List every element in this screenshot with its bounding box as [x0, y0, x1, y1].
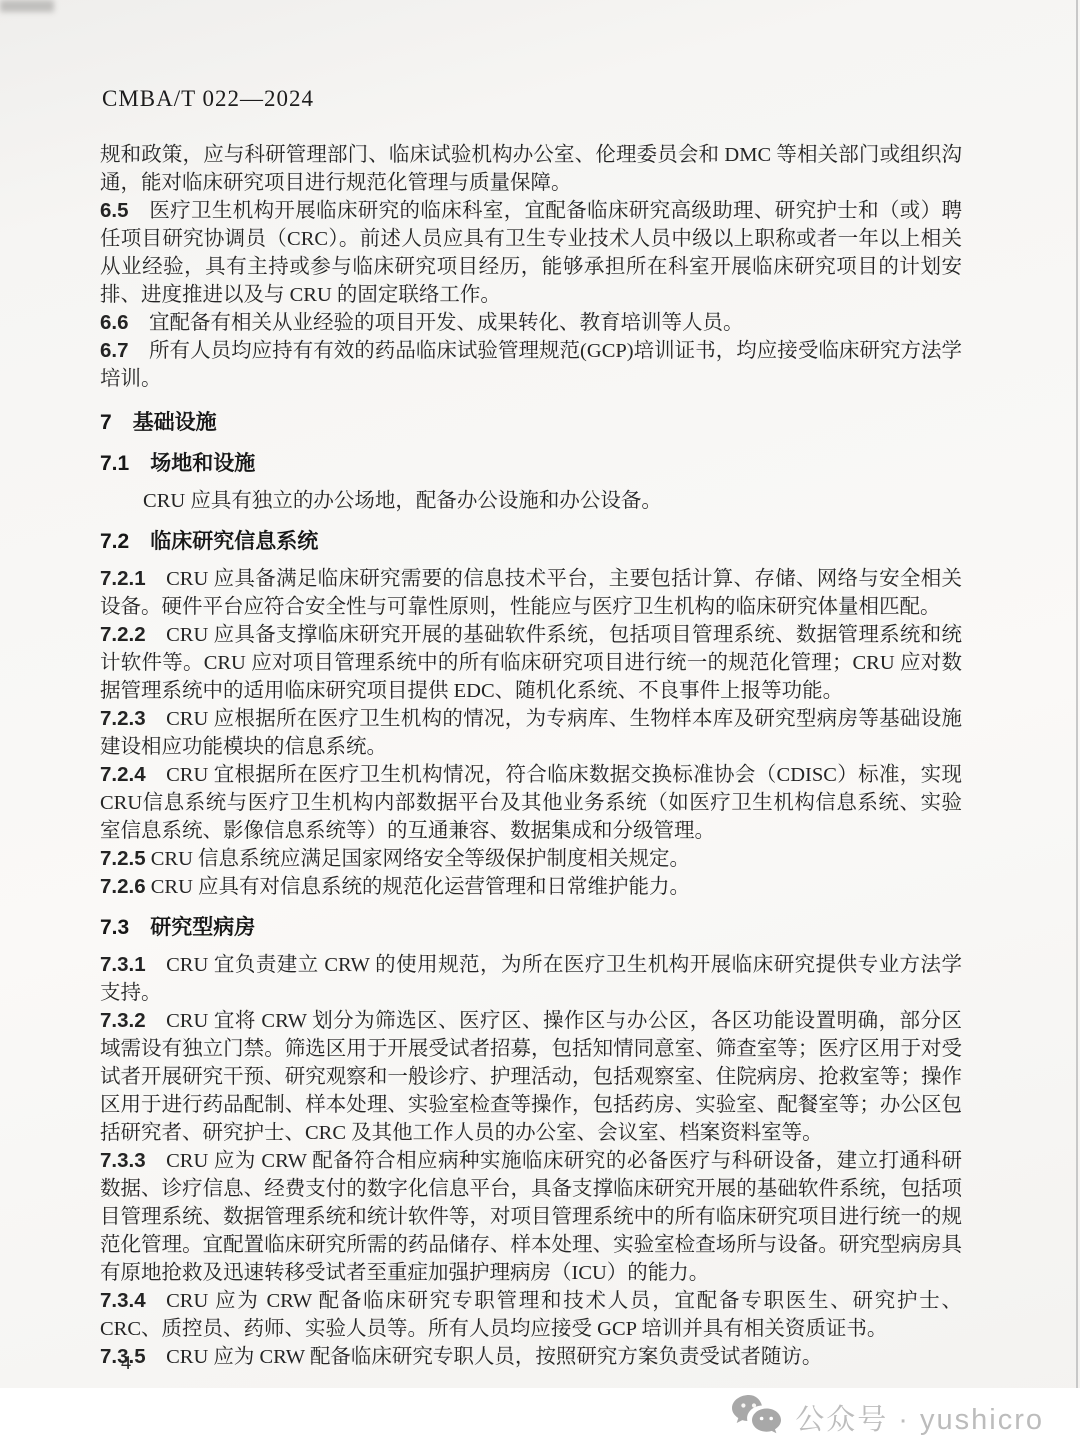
clause-number: 7.2.6	[100, 875, 146, 898]
clause-text: CRU 应具有独立的办公场地，配备办公设施和办公设备。	[143, 490, 662, 512]
clause-number: 6.7	[100, 339, 129, 362]
clause-text: 医疗卫生机构开展临床研究的临床科室，宜配备临床研究高级助理、研究护士和（或）聘任…	[100, 200, 962, 306]
clause-number: 7	[100, 411, 112, 434]
section-heading-7-1: 7.1 场地和设施	[100, 450, 962, 478]
clause-number: 6.6	[100, 311, 129, 334]
clause-7-3-1: 7.3.1 CRU 宜负责建立 CRW 的使用规范，为所在医疗卫生机构开展临床研…	[100, 951, 962, 1007]
clause-number: 7.3.1	[100, 953, 146, 976]
clause-text: 场地和设施	[150, 452, 255, 475]
watermark-label: 公众号 · yushicro	[795, 1397, 1044, 1438]
clause-text: CRU 信息系统应满足国家网络安全等级保护制度相关规定。	[151, 848, 690, 870]
clause-number: 7.2.4	[100, 763, 146, 786]
clause-text: 宜配备有相关从业经验的项目开发、成果转化、教育培训等人员。	[149, 312, 744, 334]
clause-7-3-3: 7.3.3 CRU 应为 CRW 配备符合相应病种实施临床研究的必备医疗与科研设…	[100, 1147, 962, 1287]
watermark-bar: 公众号 · yushicro	[0, 1388, 1080, 1446]
clause-7-2-4: 7.2.4 CRU 宜根据所在医疗卫生机构情况，符合临床数据交换标准协会（CDI…	[100, 761, 962, 845]
clause-number: 7.3.3	[100, 1149, 146, 1172]
paragraph: 规和政策，应与科研管理部门、临床试验机构办公室、伦理委员会和 DMC 等相关部门…	[100, 141, 962, 197]
clause-text: 基础设施	[133, 411, 217, 434]
document-content: CMBA/T 022—2024 规和政策，应与科研管理部门、临床试验机构办公室、…	[100, 85, 962, 1371]
clause-text: CRU 应为 CRW 配备符合相应病种实施临床研究的必备医疗与科研设备，建立打通…	[100, 1150, 962, 1284]
section-heading-7: 7 基础设施	[100, 409, 962, 437]
clause-number: 7.2.3	[100, 707, 146, 730]
clause-number: 7.3.4	[100, 1289, 146, 1312]
clause-7-3-5: 7.3.5 CRU 应为 CRW 配备临床研究专职人员，按照研究方案负责受试者随…	[100, 1343, 962, 1371]
clause-number: 7.2.2	[100, 623, 146, 646]
clause-6-5: 6.5 医疗卫生机构开展临床研究的临床科室，宜配备临床研究高级助理、研究护士和（…	[100, 197, 962, 309]
clause-number: 7.3	[100, 916, 129, 939]
clause-text: CRU 应具备满足临床研究需要的信息技术平台，主要包括计算、存储、网络与安全相关…	[100, 568, 962, 618]
clause-text: CRU 应为 CRW 配备临床研究专职管理和技术人员，宜配备专职医生、研究护士、…	[100, 1290, 962, 1340]
clause-text: 研究型病房	[150, 916, 255, 939]
wechat-icon	[730, 1394, 782, 1441]
clause-7-2-3: 7.2.3 CRU 应根据所在医疗卫生机构的情况，为专病库、生物样本库及研究型病…	[100, 705, 962, 761]
page-number: 4	[121, 1352, 131, 1375]
clause-text: CRU 宜将 CRW 划分为筛选区、医疗区、操作区与办公区，各区功能设置明确，部…	[100, 1010, 962, 1144]
clause-number: 7.2.5	[100, 847, 146, 870]
clause-7-2-6: 7.2.6 CRU 应具有对信息系统的规范化运营管理和日常维护能力。	[100, 873, 962, 901]
clause-text: CRU 宜根据所在医疗卫生机构情况，符合临床数据交换标准协会（CDISC）标准，…	[100, 764, 962, 842]
document-body: 规和政策，应与科研管理部门、临床试验机构办公室、伦理委员会和 DMC 等相关部门…	[100, 141, 962, 1371]
clause-text: CRU 宜负责建立 CRW 的使用规范，为所在医疗卫生机构开展临床研究提供专业方…	[100, 954, 962, 1004]
clause-text: CRU 应具有对信息系统的规范化运营管理和日常维护能力。	[151, 876, 690, 898]
clause-number: 7.3.2	[100, 1009, 146, 1032]
clause-number: 6.5	[100, 199, 129, 222]
standard-number-header: CMBA/T 022—2024	[102, 85, 962, 113]
page-edge-line	[1076, 0, 1078, 1390]
clause-7-2-5: 7.2.5 CRU 信息系统应满足国家网络安全等级保护制度相关规定。	[100, 845, 962, 873]
clause-text: CRU 应为 CRW 配备临床研究专职人员，按照研究方案负责受试者随访。	[166, 1346, 822, 1368]
scanned-document-page: CMBA/T 022—2024 规和政策，应与科研管理部门、临床试验机构办公室、…	[0, 0, 1080, 1446]
paragraph: CRU 应具有独立的办公场地，配备办公设施和办公设备。	[100, 487, 962, 515]
section-heading-7-3: 7.3 研究型病房	[100, 914, 962, 942]
clause-6-6: 6.6 宜配备有相关从业经验的项目开发、成果转化、教育培训等人员。	[100, 309, 962, 337]
clause-7-3-2: 7.3.2 CRU 宜将 CRW 划分为筛选区、医疗区、操作区与办公区，各区功能…	[100, 1007, 962, 1147]
scan-corner-artifact	[0, 0, 54, 12]
clause-text: CRU 应根据所在医疗卫生机构的情况，为专病库、生物样本库及研究型病房等基础设施…	[100, 708, 962, 758]
clause-text: 所有人员均应持有有效的药品临床试验管理规范(GCP)培训证书，均应接受临床研究方…	[100, 340, 962, 390]
clause-number: 7.2	[100, 530, 129, 553]
clause-number: 7.1	[100, 452, 129, 475]
clause-text: CRU 应具备支撑临床研究开展的基础软件系统，包括项目管理系统、数据管理系统和统…	[100, 624, 962, 702]
clause-7-2-2: 7.2.2 CRU 应具备支撑临床研究开展的基础软件系统，包括项目管理系统、数据…	[100, 621, 962, 705]
clause-6-7: 6.7 所有人员均应持有有效的药品临床试验管理规范(GCP)培训证书，均应接受临…	[100, 337, 962, 393]
clause-text: 规和政策，应与科研管理部门、临床试验机构办公室、伦理委员会和 DMC 等相关部门…	[100, 144, 962, 194]
clause-text: 临床研究信息系统	[150, 530, 318, 553]
clause-7-2-1: 7.2.1 CRU 应具备满足临床研究需要的信息技术平台，主要包括计算、存储、网…	[100, 565, 962, 621]
clause-number: 7.2.1	[100, 567, 146, 590]
section-heading-7-2: 7.2 临床研究信息系统	[100, 528, 962, 556]
clause-7-3-4: 7.3.4 CRU 应为 CRW 配备临床研究专职管理和技术人员，宜配备专职医生…	[100, 1287, 962, 1343]
